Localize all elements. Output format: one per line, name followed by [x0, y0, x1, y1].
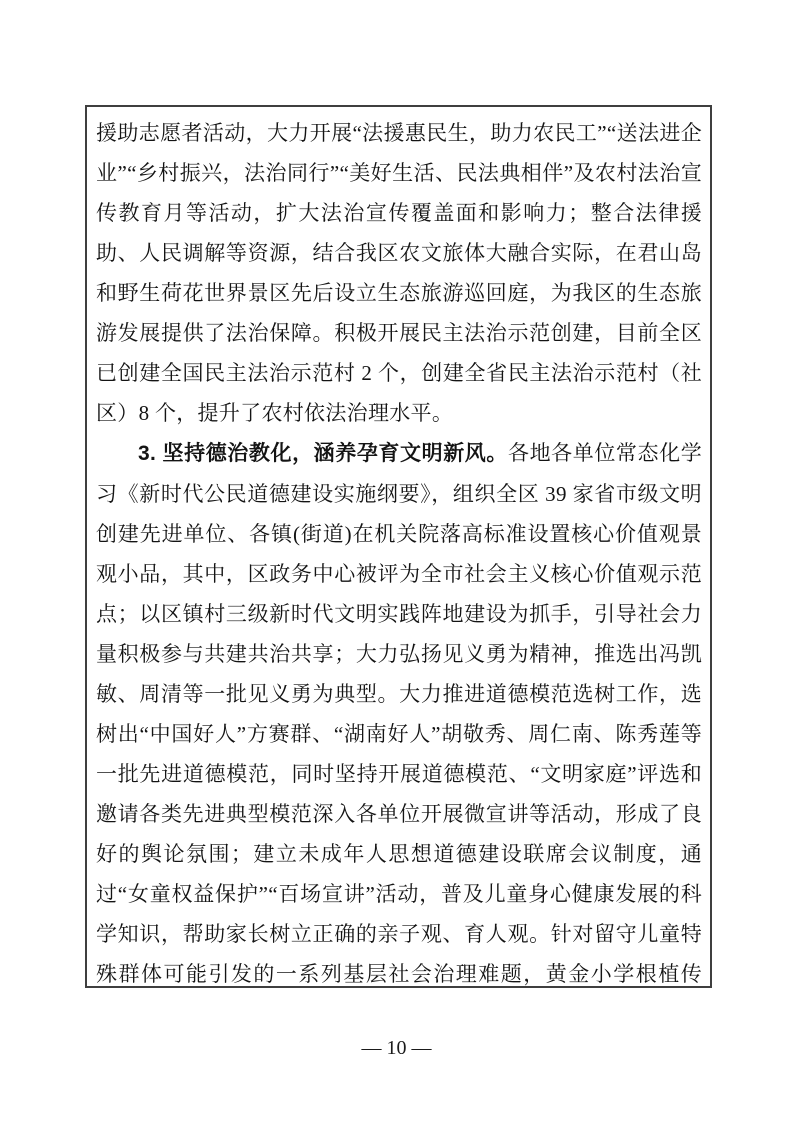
document-body: 援助志愿者活动，大力开展“法援惠民生，助力农民工”“送法进企业”“乡村振兴，法治… — [96, 113, 702, 988]
paragraph-lead-heading: 3. 坚持德治教化，涵养孕育文明新风。 — [138, 442, 508, 465]
paragraph-legal-aid: 援助志愿者活动，大力开展“法援惠民生，助力农民工”“送法进企业”“乡村振兴，法治… — [96, 113, 702, 433]
page-border-frame: 援助志愿者活动，大力开展“法援惠民生，助力农民工”“送法进企业”“乡村振兴，法治… — [85, 105, 712, 988]
document-page: 援助志愿者活动，大力开展“法援惠民生，助力农民工”“送法进企业”“乡村振兴，法治… — [0, 0, 793, 1122]
paragraph-body-text: 各地各单位常态化学习《新时代公民道德建设实施纲要》，组织全区 39 家省市级文明… — [96, 441, 702, 988]
paragraph-moral-education: 3. 坚持德治教化，涵养孕育文明新风。各地各单位常态化学习《新时代公民道德建设实… — [96, 433, 702, 988]
page-number: — 10 — — [0, 1036, 793, 1060]
